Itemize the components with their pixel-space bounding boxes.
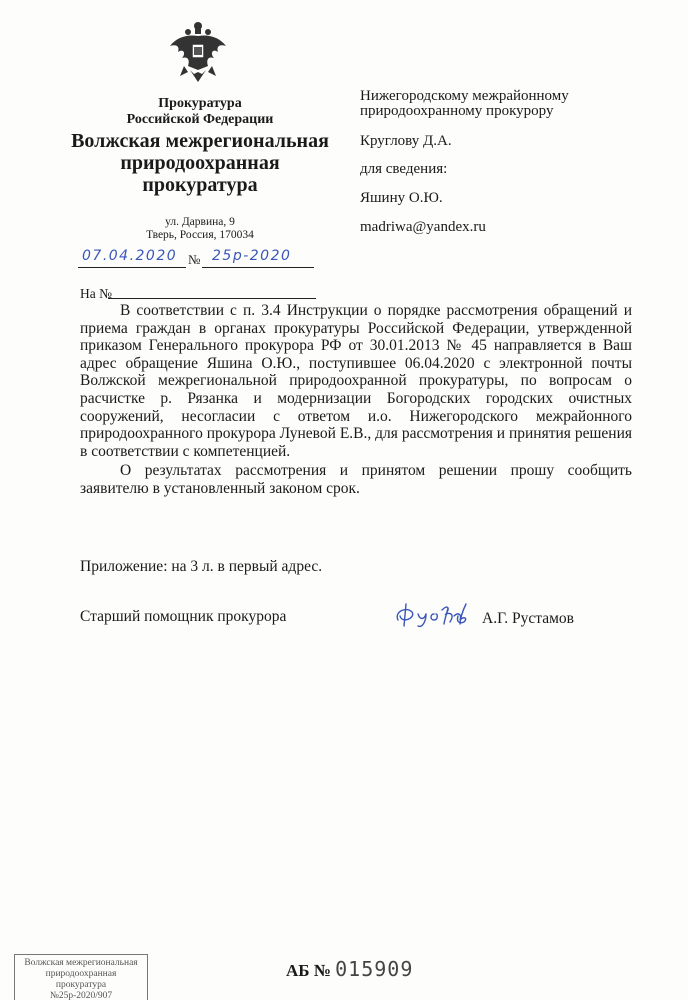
reply-to-field bbox=[108, 283, 316, 299]
form-serial-number: АБ № 015909 bbox=[286, 957, 413, 981]
recipient-line1: Нижегородскому межрайонному bbox=[360, 89, 569, 104]
letter-body: В соответствии с п. 3.4 Инструкции о пор… bbox=[80, 302, 632, 498]
serial-prefix: АБ № bbox=[286, 961, 331, 980]
org-name-line3: прокуратура bbox=[60, 174, 340, 196]
signer-position: Старший помощник прокурора bbox=[80, 608, 286, 626]
body-paragraph-2: О результатах рассмотрения и принятом ре… bbox=[80, 462, 632, 497]
org-name-line1: Волжская межрегиональная bbox=[60, 130, 340, 152]
org-name-line2: природоохранная bbox=[60, 152, 340, 174]
stamp-line2: природоохранная bbox=[15, 969, 147, 980]
handwritten-signature bbox=[392, 600, 484, 630]
org-address-street: ул. Дарвина, 9 bbox=[60, 216, 340, 229]
body-paragraph-1: В соответствии с п. 3.4 Инструкции о пор… bbox=[80, 302, 632, 460]
attachment-note: Приложение: на 3 л. в первый адрес. bbox=[80, 558, 322, 576]
signature-icon bbox=[392, 600, 484, 630]
cc-label: для сведения: bbox=[360, 162, 447, 177]
serial-number: 015909 bbox=[335, 957, 413, 981]
registration-stamp: Волжская межрегиональная природоохранная… bbox=[14, 954, 148, 1000]
signer-name: А.Г. Рустамов bbox=[482, 610, 574, 628]
recipient-name: Круглову Д.А. bbox=[360, 134, 452, 149]
org-address-city: Тверь, Россия, 170034 bbox=[60, 229, 340, 242]
number-label: № bbox=[188, 252, 200, 268]
number-field: 25р-2020 bbox=[202, 248, 314, 268]
number-handwritten: 25р-2020 bbox=[212, 248, 291, 264]
date-handwritten: 07.04.2020 bbox=[82, 248, 177, 264]
coat-of-arms-emblem-icon bbox=[166, 20, 230, 90]
stamp-line4: №25р-2020/907 bbox=[15, 991, 147, 1000]
cc-name: Яшину О.Ю. bbox=[360, 191, 443, 206]
recipient-line2: природоохранному прокурору bbox=[360, 104, 553, 119]
stamp-line3: прокуратура bbox=[15, 980, 147, 991]
cc-email: madriwa@yandex.ru bbox=[360, 220, 486, 235]
stamp-line1: Волжская межрегиональная bbox=[15, 958, 147, 969]
org-title-line1: Прокуратура bbox=[60, 96, 340, 112]
org-title-line2: Российской Федерации bbox=[60, 112, 340, 128]
date-field: 07.04.2020 bbox=[78, 248, 186, 268]
